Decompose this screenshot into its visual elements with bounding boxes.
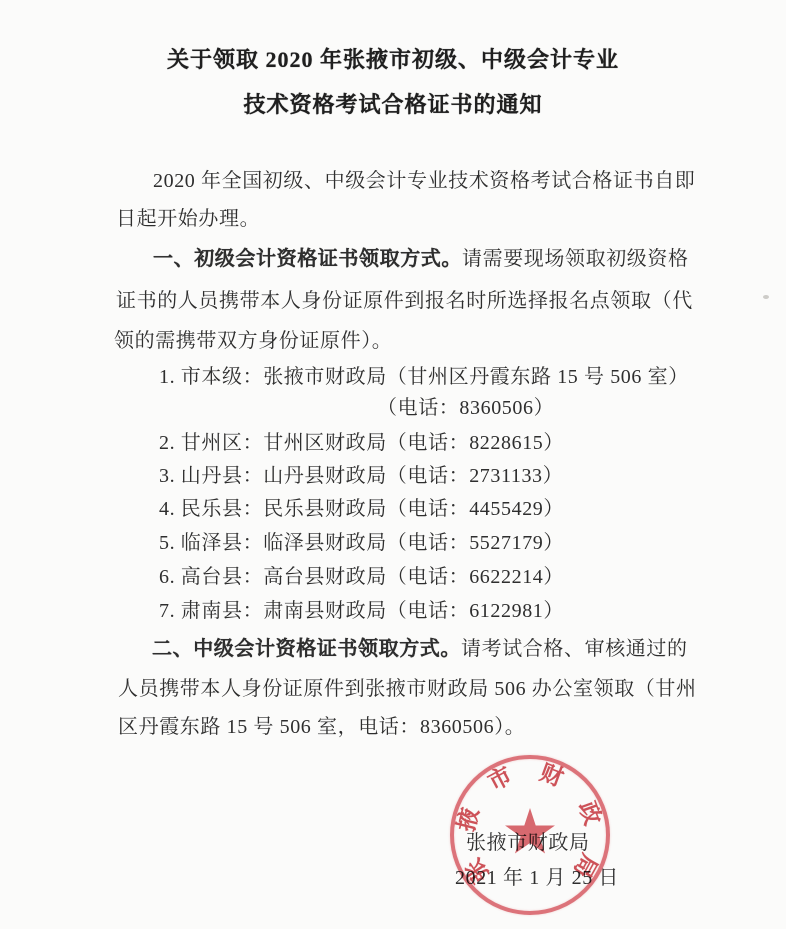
signature-date: 2021 年 1 月 25 日 (455, 864, 619, 892)
list-item-5: 5. 临泽县：临泽县财政局（电话：5527179） (159, 529, 564, 557)
intro-line1: 2020 年全国初级、中级会计专业技术资格考试合格证书自即 (153, 167, 695, 195)
intro-line2: 日起开始办理。 (116, 205, 260, 233)
section1-line2: 证书的人员携带本人身份证原件到报名时所选择报名点领取（代 (116, 287, 693, 315)
list-item-1: 1. 市本级：张掖市财政局（甘州区丹霞东路 15 号 506 室） (159, 363, 689, 391)
list-item-4: 4. 民乐县：民乐县财政局（电话：4455429） (159, 495, 564, 523)
section2-heading-rest: 请考试合格、审核通过的 (461, 638, 688, 660)
document-page: 关于领取 2020 年张掖市初级、中级会计专业 技术资格考试合格证书的通知 20… (0, 0, 786, 929)
list-item-2: 2. 甘州区：甘州区财政局（电话：8228615） (159, 429, 564, 457)
notice-title-line2: 技术资格考试合格证书的通知 (0, 90, 786, 120)
seal-char: 财 (534, 758, 570, 794)
scan-speck (763, 295, 769, 299)
section1-heading-bold: 一、初级会计资格证书领取方式。 (153, 248, 462, 270)
list-item-6: 6. 高台县：高台县财政局（电话：6622214） (159, 563, 564, 591)
notice-title-line1: 关于领取 2020 年张掖市初级、中级会计专业 (0, 45, 786, 75)
section2-line3: 区丹霞东路 15 号 506 室，电话：8360506）。 (118, 713, 525, 741)
section1-heading-rest: 请需要现场领取初级资格 (462, 248, 689, 270)
section2-heading: 二、中级会计资格证书领取方式。请考试合格、审核通过的 (152, 635, 688, 663)
list-item-3: 3. 山丹县：山丹县财政局（电话：2731133） (159, 462, 563, 490)
section2-heading-bold: 二、中级会计资格证书领取方式。 (152, 638, 461, 660)
section2-line2: 人员携带本人身份证原件到张掖市财政局 506 办公室领取（甘州 (118, 675, 697, 703)
list-item-1-phone: （电话：8360506） (377, 394, 554, 422)
seal-char: 市 (481, 760, 519, 798)
seal-char: 政 (571, 796, 607, 832)
signature-org: 张掖市财政局 (466, 829, 590, 857)
section1-heading: 一、初级会计资格证书领取方式。请需要现场领取初级资格 (153, 245, 689, 273)
list-item-7: 7. 肃南县：肃南县财政局（电话：6122981） (159, 597, 564, 625)
section1-line3: 领的需携带双方身份证原件）。 (114, 327, 392, 355)
